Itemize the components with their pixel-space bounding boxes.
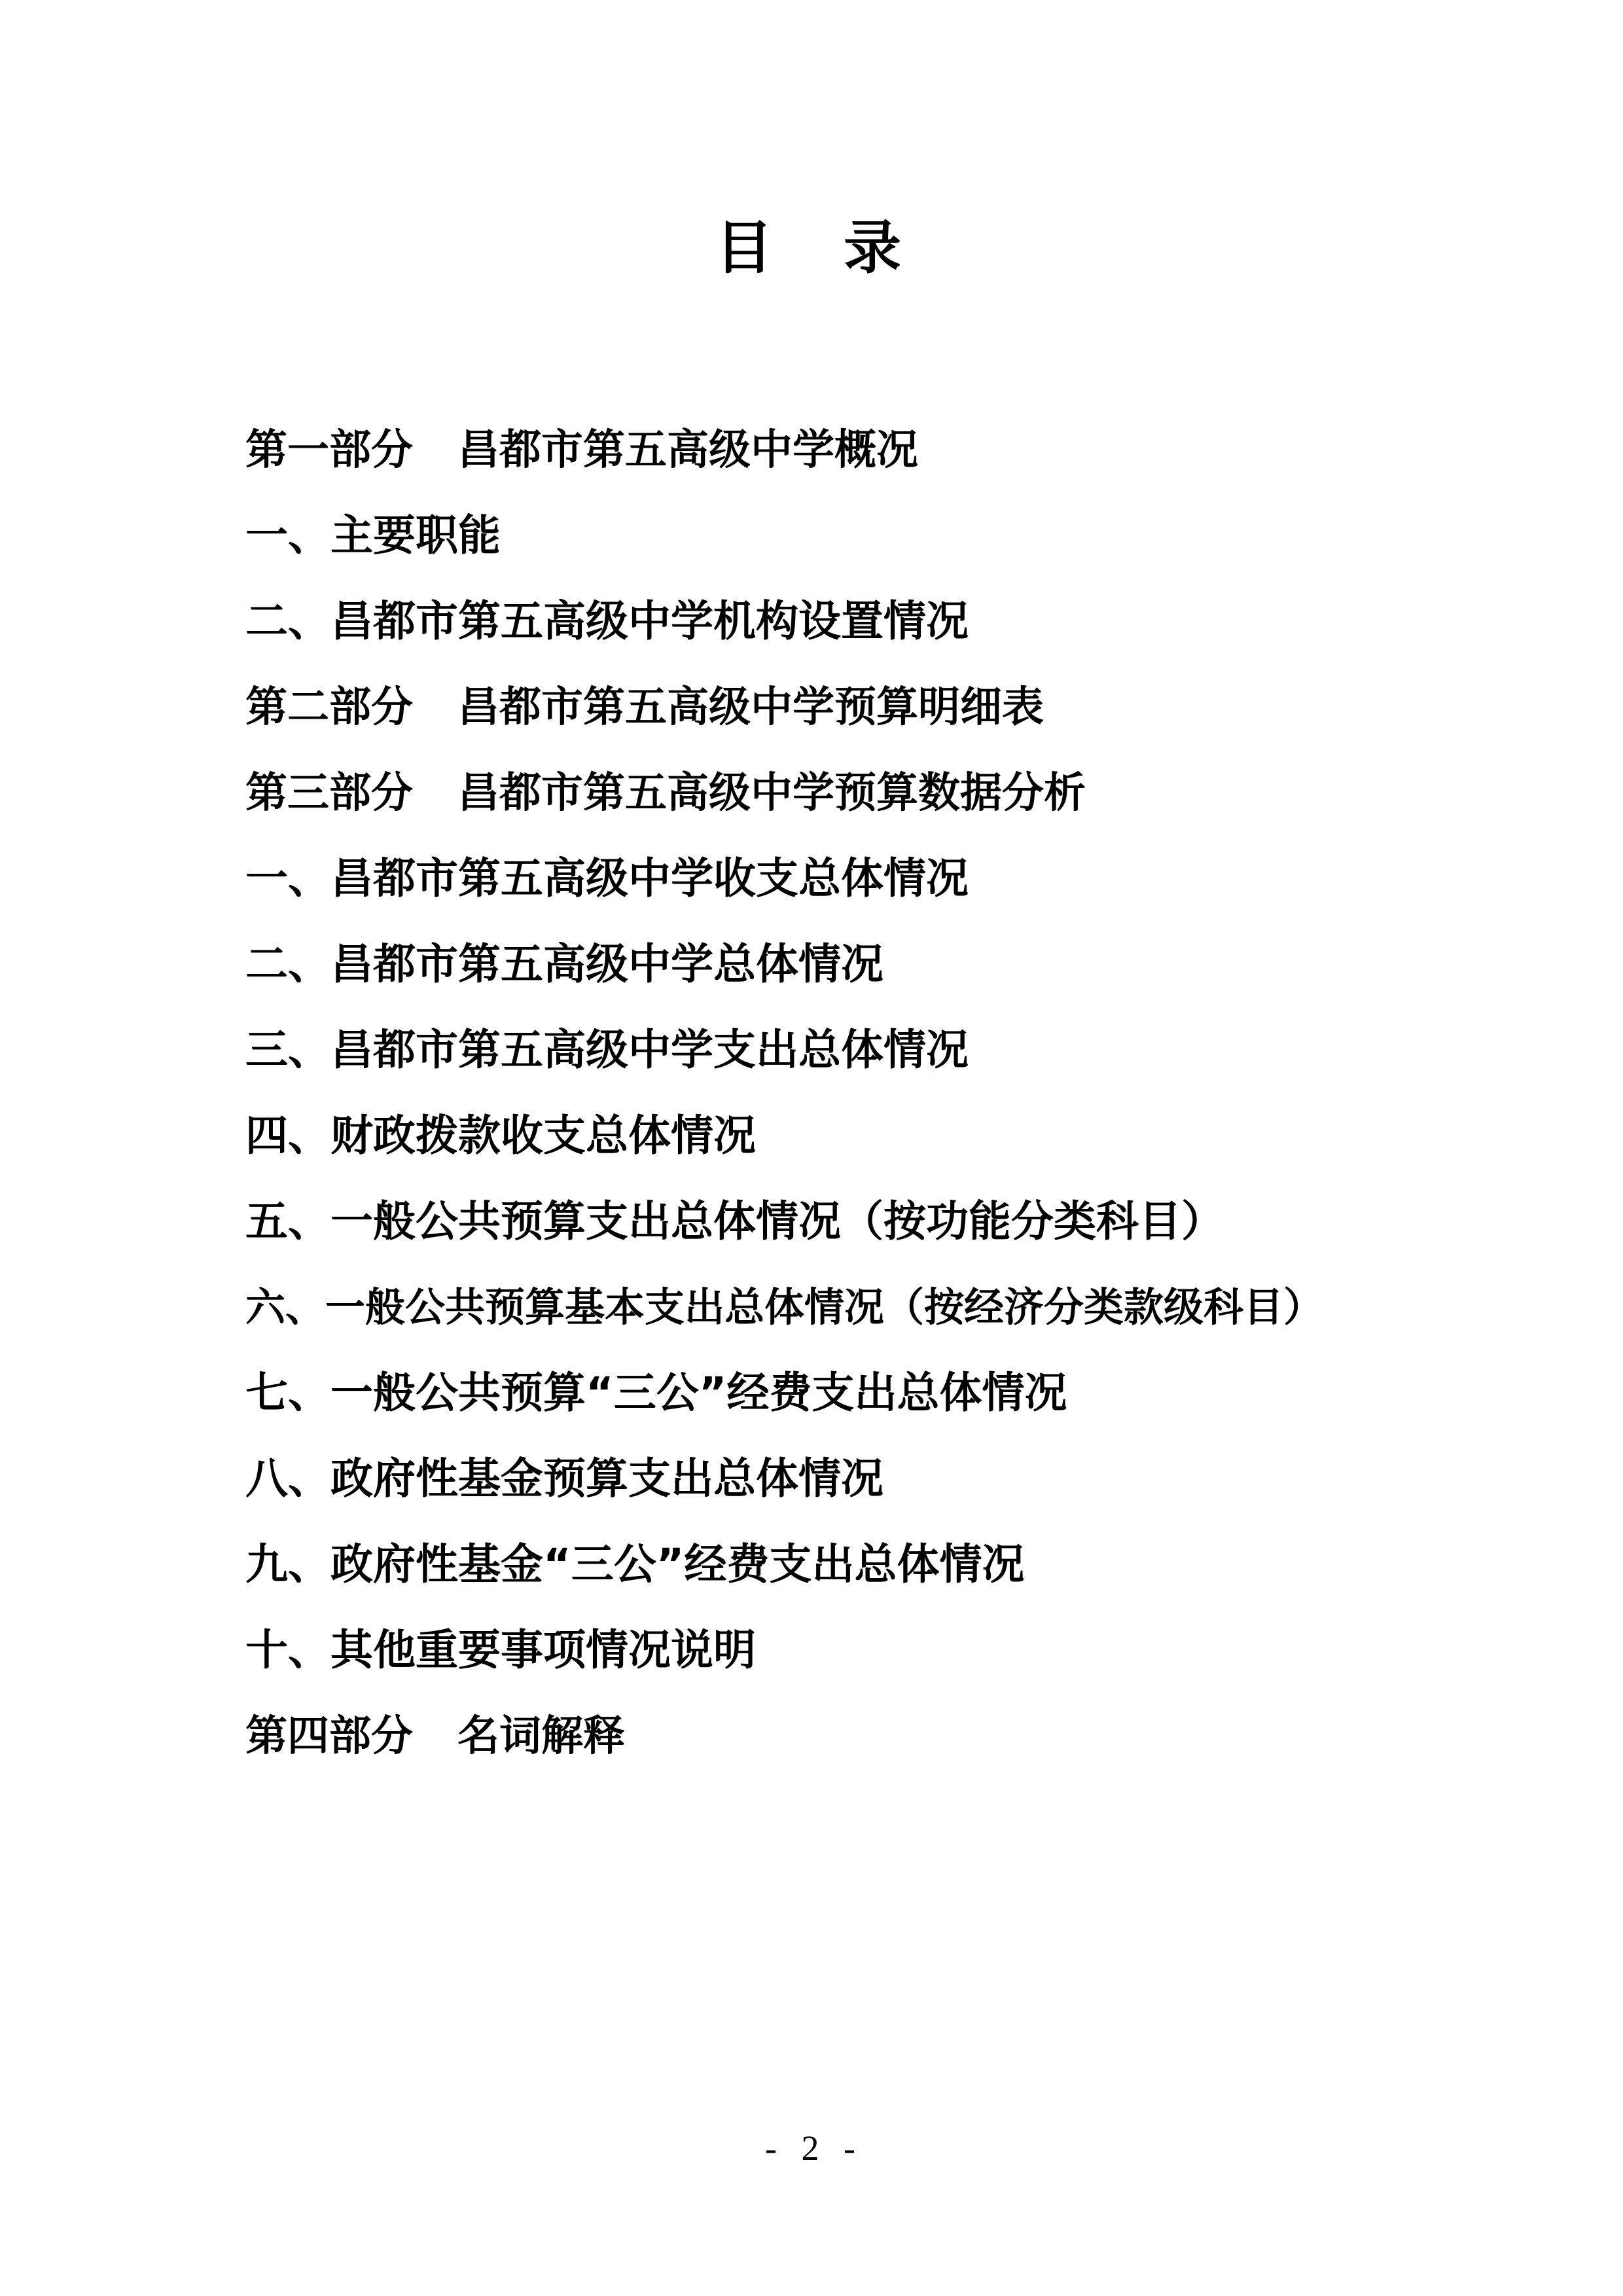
document-title: 目 录 xyxy=(0,213,1623,285)
toc-entry-item: 十、其他重要事项情况说明 xyxy=(245,1607,1410,1693)
toc-entry-part-4: 第四部分名词解释 xyxy=(245,1693,1410,1779)
toc-entry-item: 二、昌都市第五高级中学机构设置情况 xyxy=(245,579,1410,664)
part-title: 昌都市第五高级中学预算数据分析 xyxy=(457,770,1086,816)
toc-entry-item: 二、昌都市第五高级中学总体情况 xyxy=(245,922,1410,1007)
toc-entry-item: 六、一般公共预算基本支出总体情况（按经济分类款级科目） xyxy=(245,1265,1410,1350)
toc-entry-item: 一、主要职能 xyxy=(245,493,1410,579)
part-number: 第四部分 xyxy=(245,1713,413,1759)
toc-entry-item: 七、一般公共预算“三公”经费支出总体情况 xyxy=(245,1350,1410,1436)
part-number: 第三部分 xyxy=(245,770,413,816)
toc-entry-part-1: 第一部分昌都市第五高级中学概况 xyxy=(245,407,1410,493)
page-number: - 2 - xyxy=(0,2128,1623,2168)
part-title: 昌都市第五高级中学概况 xyxy=(457,427,918,473)
part-number: 第二部分 xyxy=(245,684,413,730)
toc-entry-item: 九、政府性基金“三公”经费支出总体情况 xyxy=(245,1522,1410,1607)
toc-entry-item: 五、一般公共预算支出总体情况（按功能分类科目） xyxy=(245,1179,1410,1265)
part-title: 昌都市第五高级中学预算明细表 xyxy=(457,684,1044,730)
toc-entry-item: 八、政府性基金预算支出总体情况 xyxy=(245,1436,1410,1522)
part-title: 名词解释 xyxy=(457,1713,625,1759)
document-page: 目 录 第一部分昌都市第五高级中学概况 一、主要职能 二、昌都市第五高级中学机构… xyxy=(0,0,1623,2296)
part-number: 第一部分 xyxy=(245,427,413,473)
toc-entry-part-2: 第二部分昌都市第五高级中学预算明细表 xyxy=(245,664,1410,750)
toc-entry-item: 四、财政拨款收支总体情况 xyxy=(245,1093,1410,1179)
table-of-contents: 第一部分昌都市第五高级中学概况 一、主要职能 二、昌都市第五高级中学机构设置情况… xyxy=(245,407,1410,1779)
toc-entry-item: 一、昌都市第五高级中学收支总体情况 xyxy=(245,836,1410,922)
toc-entry-part-3: 第三部分昌都市第五高级中学预算数据分析 xyxy=(245,750,1410,836)
toc-entry-item: 三、昌都市第五高级中学支出总体情况 xyxy=(245,1007,1410,1093)
